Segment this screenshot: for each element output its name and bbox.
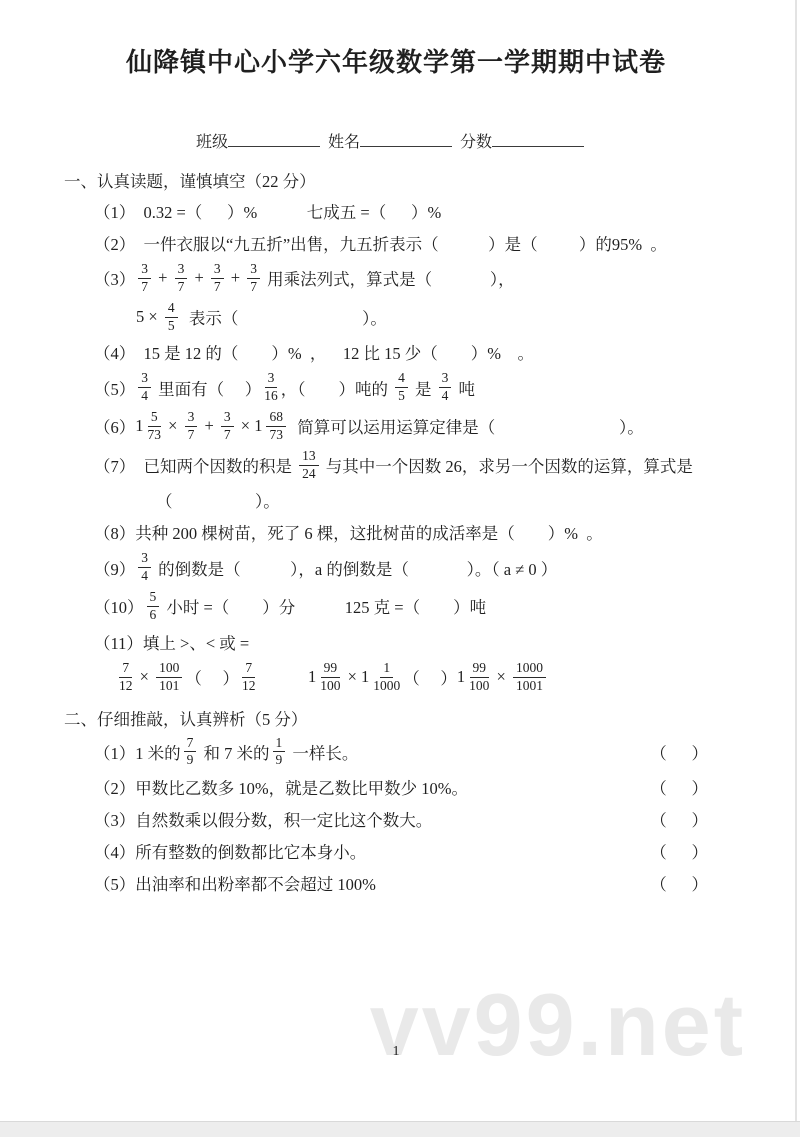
text-run: +	[200, 416, 218, 436]
text-run: ×	[164, 416, 182, 436]
question-line: （4）所有整数的倒数都比它本身小。（ ）	[64, 838, 792, 864]
fraction-denominator: 7	[178, 279, 185, 295]
text-run: （ ）	[185, 665, 239, 689]
question-line: （9）34 的倒数是（ ），a 的倒数是（ ）。（ a ≠ 0 ）	[64, 551, 792, 584]
fraction-numerator: 1000	[513, 661, 546, 678]
fraction: 99100	[320, 661, 340, 694]
fraction-numerator: 7	[242, 661, 255, 678]
text-run: （6）	[94, 414, 135, 438]
mixed-number: 199100	[457, 661, 493, 694]
watermark: vv99.net	[370, 974, 746, 1076]
fraction-denominator: 7	[224, 427, 231, 443]
fraction-denominator: 12	[242, 678, 256, 694]
answer-blank: （ ）	[650, 775, 708, 799]
text-run: （5）出油率和出粉率都不会超过 100%	[94, 871, 376, 895]
fraction: 37	[221, 410, 234, 443]
text-run: ×	[492, 667, 510, 687]
question-line: （4） 15 是 12 的（ ）% ， 12 比 15 少（ ）% 。	[64, 339, 792, 365]
fraction: 45	[395, 371, 408, 404]
name-label: 姓名	[328, 134, 360, 151]
text-run: （10）	[94, 594, 144, 618]
fraction-numerator: 3	[221, 410, 234, 427]
fraction-denominator: 101	[159, 678, 179, 694]
text-run: 表示（ ）。	[181, 305, 387, 329]
question-line: （7） 已知两个因数的积是 1324 与其中一个因数 26，求另一个因数的运算，…	[64, 449, 792, 482]
fraction: 10001001	[513, 661, 546, 694]
fraction: 100101	[156, 661, 182, 694]
fraction: 1324	[299, 449, 319, 482]
text-run: （5）	[94, 376, 135, 400]
fraction-denominator: 1000	[373, 678, 400, 694]
score-blank-line	[492, 131, 584, 147]
fraction-denominator: 7	[250, 279, 257, 295]
text-run: 小时 =（ ）分 125 克 =（ ）吨	[162, 594, 486, 618]
fraction-numerator: 4	[165, 301, 178, 318]
question-line: （1）1 米的79 和 7 米的19 一样长。（ ）	[64, 736, 792, 769]
text-run: 用乘法列式，算式是（ ），	[263, 266, 515, 290]
whole-number: 1	[457, 667, 465, 687]
fraction-numerator: 100	[156, 661, 182, 678]
fraction-numerator: 4	[395, 371, 408, 388]
question-line: （5）34 里面有（ ）316，（ ）吨的 45 是 34 吨	[64, 371, 792, 404]
fraction-numerator: 3	[138, 551, 151, 568]
fraction-numerator: 7	[184, 736, 197, 753]
fraction-denominator: 7	[214, 279, 221, 295]
fraction-denominator: 7	[141, 279, 148, 295]
text-run: ×	[343, 667, 361, 687]
fraction-denominator: 4	[141, 568, 148, 584]
question-line: （2） 一件衣服以“九五折”出售，九五折表示（ ）是（ ）的95% 。	[64, 230, 792, 256]
fraction-denominator: 12	[119, 678, 133, 694]
page-number: 1	[0, 1044, 792, 1060]
text-run: 吨	[454, 376, 475, 400]
fraction-numerator: 99	[321, 661, 341, 678]
fraction: 37	[247, 262, 260, 295]
question-line: （3）37 + 37 + 37 + 37 用乘法列式，算式是（ ），	[64, 262, 792, 295]
section-heading: 一、认真读题，谨慎填空（22 分）	[64, 168, 792, 192]
text-run: 与其中一个因数 26，求另一个因数的运算，算式是	[322, 453, 693, 477]
fraction-numerator: 3	[185, 410, 198, 427]
question-line: （2）甲数比乙数多 10%，就是乙数比甲数少 10%。（ ）	[64, 774, 792, 800]
whole-number: 1	[254, 416, 262, 436]
question-line: （ ）。	[64, 487, 792, 513]
fraction-numerator: 3	[265, 371, 278, 388]
fraction-numerator: 99	[470, 661, 490, 678]
fraction: 11000	[373, 661, 400, 694]
fraction: 79	[184, 736, 197, 769]
fraction-denominator: 100	[320, 678, 340, 694]
whole-number: 1	[361, 667, 369, 687]
exam-title: 仙降镇中心小学六年级数学第一学期期中试卷	[0, 42, 792, 79]
text-run: 5 ×	[136, 307, 162, 327]
text-run: +	[190, 268, 208, 288]
question-line: （11）填上 >、< 或 =	[64, 629, 792, 655]
vertical-scrollbar-track[interactable]	[795, 0, 797, 1122]
fraction: 37	[175, 262, 188, 295]
fraction-denominator: 73	[269, 427, 283, 443]
text-run: （9）	[94, 556, 135, 580]
text-run: （7） 已知两个因数的积是	[94, 453, 296, 477]
whole-number: 1	[308, 667, 316, 687]
class-label: 班级	[196, 134, 228, 151]
fraction-denominator: 9	[187, 752, 194, 768]
text-run: +	[227, 268, 245, 288]
text-run: （11）填上 >、< 或 =	[94, 630, 249, 654]
question-sections: 一、认真读题，谨慎填空（22 分）（1） 0.32 =（ ）% 七成五 =（ ）…	[64, 168, 792, 896]
whole-number: 1	[135, 416, 143, 436]
question-line: 5 × 45 表示（ ）。	[64, 301, 792, 334]
name-blank-line	[360, 131, 452, 147]
fraction-numerator: 68	[266, 410, 286, 427]
text-run: （4）所有整数的倒数都比它本身小。	[94, 839, 366, 863]
fraction: 45	[165, 301, 178, 334]
text-run: （2）甲数比乙数多 10%，就是乙数比甲数少 10%。	[94, 775, 468, 799]
mixed-number: 1573	[135, 410, 164, 443]
question-line: 712 × 100101（ ）712 199100 × 111000（ ）199…	[64, 661, 792, 694]
fraction-denominator: 73	[148, 427, 162, 443]
fraction-denominator: 24	[302, 466, 316, 482]
fraction: 34	[138, 371, 151, 404]
fraction-denominator: 7	[188, 427, 195, 443]
question-line: （8）共种 200 棵树苗，死了 6 棵，这批树苗的成活率是（ ）% 。	[64, 519, 792, 545]
text-run: 一样长。	[288, 740, 358, 764]
text-run: （ ）	[403, 665, 457, 689]
text-run: ，（ ）吨的	[281, 376, 392, 400]
text-run: 和 7 米的	[199, 740, 269, 764]
text-run: （ ）。	[156, 488, 280, 512]
fraction-numerator: 3	[211, 262, 224, 279]
mixed-number: 16873	[254, 410, 289, 443]
answer-blank: （ ）	[650, 871, 708, 895]
answer-blank: （ ）	[650, 839, 708, 863]
fraction-denominator: 9	[276, 752, 283, 768]
mixed-number: 199100	[308, 661, 344, 694]
fraction-numerator: 3	[247, 262, 260, 279]
question-line: （10）56 小时 =（ ）分 125 克 =（ ）吨	[64, 590, 792, 623]
text-run: 简算可以运用运算定律是（ ）。	[289, 414, 644, 438]
fraction: 19	[273, 736, 286, 769]
fraction-denominator: 6	[150, 607, 157, 623]
fraction-numerator: 3	[175, 262, 188, 279]
fraction: 712	[242, 661, 256, 694]
text-run: 是	[411, 376, 436, 400]
fraction-denominator: 16	[264, 388, 278, 404]
question-line: （3）自然数乘以假分数，积一定比这个数大。（ ）	[64, 806, 792, 832]
section-heading: 二、仔细推敲，认真辨析（5 分）	[64, 706, 792, 730]
fraction-denominator: 100	[469, 678, 489, 694]
fraction-numerator: 7	[119, 661, 132, 678]
question-line: （1） 0.32 =（ ）% 七成五 =（ ）%	[64, 198, 792, 224]
text-run	[258, 667, 308, 687]
text-run: ×	[136, 667, 154, 687]
fraction-numerator: 3	[439, 371, 452, 388]
fraction-denominator: 5	[398, 388, 405, 404]
text-run: （2） 一件衣服以“九五折”出售，九五折表示（ ）是（ ）的95% 。	[94, 231, 667, 255]
fraction-denominator: 4	[442, 388, 449, 404]
fraction: 573	[148, 410, 162, 443]
fraction-numerator: 5	[148, 410, 161, 427]
score-label: 分数	[460, 134, 492, 151]
fraction-numerator: 1	[380, 661, 393, 678]
fraction-denominator: 1001	[516, 678, 543, 694]
fraction: 99100	[469, 661, 489, 694]
text-run: ×	[237, 416, 255, 436]
text-run: 的倒数是（ ），a 的倒数是（ ）。（ a ≠ 0 ）	[154, 556, 557, 580]
text-run: （1） 0.32 =（ ）% 七成五 =（ ）%	[94, 199, 441, 223]
fraction: 6873	[266, 410, 286, 443]
fraction-numerator: 3	[138, 262, 151, 279]
question-line: （6）1573 × 37 + 37 × 16873 简算可以运用运算定律是（ ）…	[64, 410, 792, 443]
fraction: 712	[119, 661, 133, 694]
fraction: 316	[264, 371, 278, 404]
class-blank-line	[228, 131, 320, 147]
text-run: 里面有（ ）	[154, 376, 261, 400]
fraction: 37	[138, 262, 151, 295]
fraction-numerator: 13	[299, 449, 319, 466]
exam-section: 二、仔细推敲，认真辨析（5 分）（1）1 米的79 和 7 米的19 一样长。（…	[64, 706, 792, 897]
text-run: （3）	[94, 266, 135, 290]
exam-page: 仙降镇中心小学六年级数学第一学期期中试卷 班级姓名分数 一、认真读题，谨慎填空（…	[0, 0, 792, 1122]
mixed-number: 111000	[361, 661, 403, 694]
text-run: （3）自然数乘以假分数，积一定比这个数大。	[94, 807, 432, 831]
student-info-row: 班级姓名分数	[196, 129, 792, 152]
text-run: （4） 15 是 12 的（ ）% ， 12 比 15 少（ ）% 。	[94, 340, 534, 364]
fraction-numerator: 5	[147, 590, 160, 607]
fraction-numerator: 3	[138, 371, 151, 388]
fraction-numerator: 1	[273, 736, 286, 753]
fraction: 34	[439, 371, 452, 404]
answer-blank: （ ）	[650, 807, 708, 831]
fraction: 56	[147, 590, 160, 623]
text-run: （1）1 米的	[94, 740, 181, 764]
text-run: （8）共种 200 棵树苗，死了 6 棵，这批树苗的成活率是（ ）% 。	[94, 520, 603, 544]
fraction-denominator: 4	[141, 388, 148, 404]
fraction: 37	[185, 410, 198, 443]
answer-blank: （ ）	[650, 740, 708, 764]
fraction-denominator: 5	[168, 318, 175, 334]
exam-section: 一、认真读题，谨慎填空（22 分）（1） 0.32 =（ ）% 七成五 =（ ）…	[64, 168, 792, 694]
fraction: 37	[211, 262, 224, 295]
fraction: 34	[138, 551, 151, 584]
text-run: +	[154, 268, 172, 288]
question-line: （5）出油率和出粉率都不会超过 100%（ ）	[64, 870, 792, 896]
horizontal-scrollbar-track[interactable]	[0, 1121, 800, 1137]
